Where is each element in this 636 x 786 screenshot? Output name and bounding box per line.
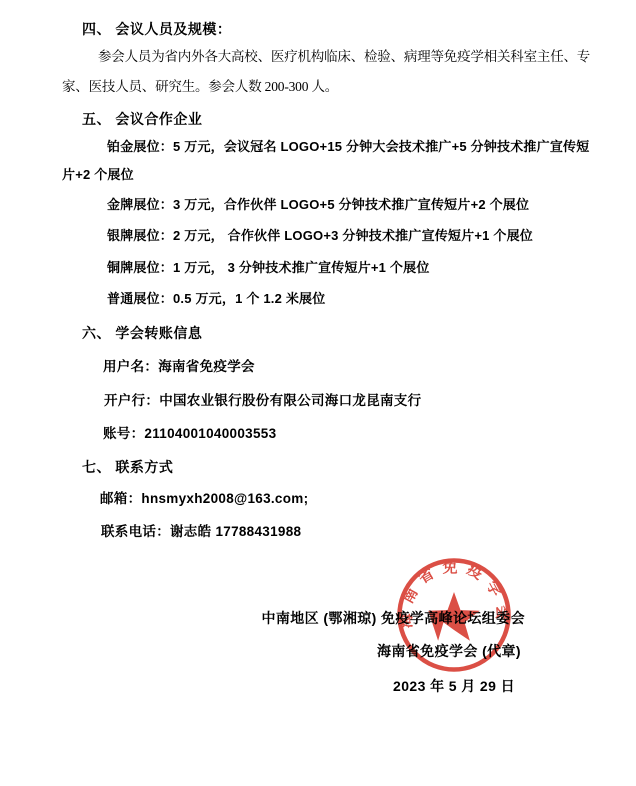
booth-platinum-line-2: 片+2 个展位 xyxy=(62,165,134,185)
contact-email: 邮箱：hnsmyxh2008@163.com; xyxy=(100,489,308,509)
booth-gold: 金牌展位：3 万元，合作伙伴 LOGO+5 分钟技术推广宣传短片+2 个展位 xyxy=(107,195,529,215)
signature-organizer: 中南地区 (鄂湘琼) 免疫学高峰论坛组委会 xyxy=(261,608,525,628)
transfer-account-name: 用户名：海南省免疫学会 xyxy=(103,357,255,377)
transfer-account-number: 账号：21104001040003553 xyxy=(103,424,276,444)
signature-society: 海南省免疫学会 (代章) xyxy=(377,641,521,661)
booth-platinum-line-1: 铂金展位：5 万元，会议冠名 LOGO+15 分钟大会技术推广+5 分钟技术推广… xyxy=(107,137,589,157)
signature-date: 2023 年 5 月 29 日 xyxy=(393,676,515,696)
section-7-heading: 七、 联系方式 xyxy=(82,457,173,477)
transfer-bank: 开户行：中国农业银行股份有限公司海口龙昆南支行 xyxy=(104,391,421,411)
booth-silver: 银牌展位：2 万元， 合作伙伴 LOGO+3 分钟技术推广宣传短片+1 个展位 xyxy=(107,226,533,246)
booth-bronze: 铜牌展位：1 万元， 3 分钟技术推广宣传短片+1 个展位 xyxy=(107,258,430,278)
section-6-heading: 六、 学会转账信息 xyxy=(82,323,202,343)
seal-text-path xyxy=(411,572,497,640)
attendees-paragraph-line-1: 参会人员为省内外各大高校、医疗机构临床、检验、病理等免疫学相关科室主任、专 xyxy=(98,47,590,67)
booth-standard: 普通展位：0.5 万元，1 个 1.2 米展位 xyxy=(107,289,325,309)
document-page: 四、 会议人员及规模： 参会人员为省内外各大高校、医疗机构临床、检验、病理等免疫… xyxy=(0,0,636,786)
section-5-heading: 五、 会议合作企业 xyxy=(82,109,202,129)
section-4-heading: 四、 会议人员及规模： xyxy=(82,19,231,39)
attendees-paragraph-line-2: 家、医技人员、研究生。参会人数 200-300 人。 xyxy=(62,77,338,97)
contact-phone: 联系电话：谢志皓 17788431988 xyxy=(101,522,301,542)
